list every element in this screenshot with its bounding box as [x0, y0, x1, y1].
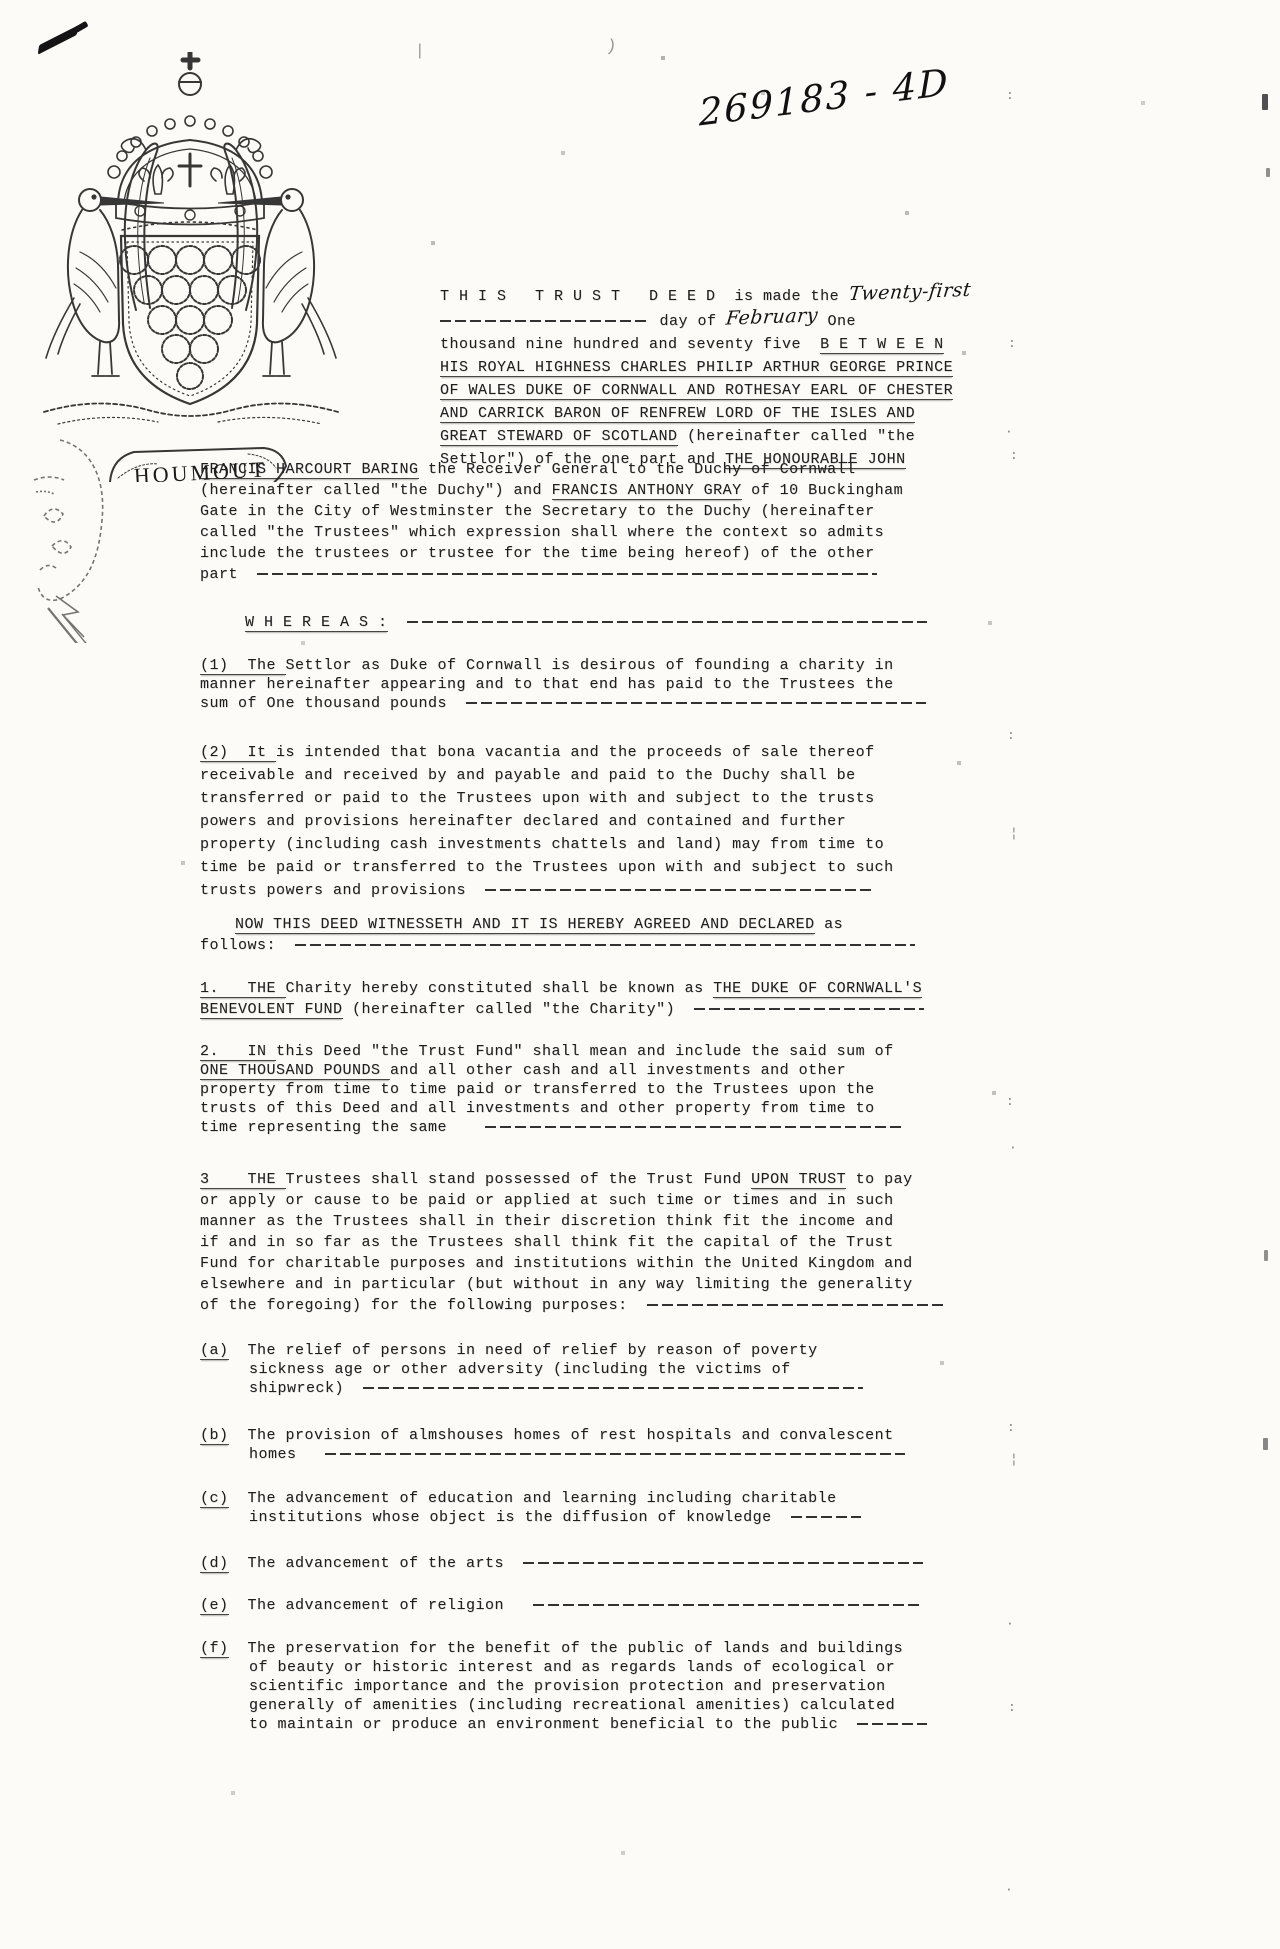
text-line: shipwreck): [249, 1379, 863, 1398]
scan-artifact: :: [1006, 1094, 1014, 1109]
purpose-f: (f) The preservation for the benefit of …: [200, 1639, 927, 1734]
blank-rule: [533, 1604, 923, 1606]
text-line: include the trustees or trustee for the …: [200, 543, 903, 564]
scanned-trust-deed-page: | ): [0, 0, 1280, 1949]
handwritten-word: February: [725, 304, 819, 329]
underlined-text: THE DUKE OF CORNWALL'S: [713, 980, 922, 998]
text-segment: (hereinafter called "the Charity"): [343, 1001, 695, 1018]
text-segment: if and in so far as the Trustees shall t…: [200, 1234, 894, 1251]
text-line: institutions whose object is the diffusi…: [249, 1508, 861, 1527]
underlined-text: UPON TRUST: [751, 1171, 846, 1189]
text-segment: [388, 614, 407, 631]
scan-artifact: :: [1007, 1420, 1015, 1435]
text-segment: of 10 Buckingham: [742, 482, 904, 499]
underlined-text: HIS ROYAL HIGHNESS CHARLES PHILIP ARTHUR…: [440, 359, 953, 377]
text-segment: property from time to time paid or trans…: [200, 1081, 875, 1098]
text-segment: Charity hereby constituted shall be know…: [286, 980, 714, 997]
text-line: time representing the same: [200, 1118, 905, 1137]
underlined-text: (e): [200, 1597, 229, 1615]
text-segment: (hereinafter called "the: [678, 428, 916, 445]
text-segment: manner hereinafter appearing and to that…: [200, 676, 894, 693]
text-line: 2. IN this Deed "the Trust Fund" shall m…: [200, 1042, 905, 1061]
text-segment: and all other cash and all investments a…: [390, 1062, 846, 1079]
text-line: powers and provisions hereinafter declar…: [200, 810, 894, 833]
text-line: 3 THE Trustees shall stand possessed of …: [200, 1169, 947, 1190]
text-line: FRANCIS HARCOURT BARING the Receiver Gen…: [200, 459, 903, 480]
text-segment: of beauty or historic interest and as re…: [249, 1659, 895, 1676]
text-segment: transferred or paid to the Trustees upon…: [200, 790, 875, 807]
text-line: (2) It is intended that bona vacantia an…: [200, 741, 894, 764]
text-line: (e) The advancement of religion: [200, 1596, 923, 1615]
text-line: HIS ROYAL HIGHNESS CHARLES PHILIP ARTHUR…: [440, 356, 971, 379]
scan-artifact: [1266, 168, 1270, 177]
witnesseth-paragraph: NOW THIS DEED WITNESSETH AND IT IS HEREB…: [200, 914, 915, 956]
underlined-text: AND CARRICK BARON OF RENFREW LORD OF THE…: [440, 405, 915, 423]
clause-3: 3 THE Trustees shall stand possessed of …: [200, 1169, 947, 1316]
text-segment: elsewhere and in particular (but without…: [200, 1276, 913, 1293]
text-line: GREAT STEWARD OF SCOTLAND (hereinafter c…: [440, 425, 971, 448]
scan-artifact: ·: [1005, 424, 1013, 439]
text-segment: the Receiver General to the Duchy of Cor…: [419, 461, 856, 478]
blank-rule: [407, 621, 927, 623]
text-segment: institutions whose object is the diffusi…: [249, 1509, 791, 1526]
purpose-d: (d) The advancement of the arts: [200, 1554, 923, 1573]
text-segment: trusts powers and provisions: [200, 882, 485, 899]
underlined-text: 2. IN: [200, 1043, 276, 1061]
scan-artifact: :: [1008, 336, 1016, 351]
scan-artifact: ¦: [1010, 826, 1018, 841]
text-line: W H E R E A S :: [245, 612, 927, 633]
text-segment: property (including cash investments cha…: [200, 836, 884, 853]
text-line: property from time to time paid or trans…: [200, 1080, 905, 1099]
text-segment: Gate in the City of Westminster the Secr…: [200, 503, 875, 520]
text-segment: follows:: [200, 937, 295, 954]
ink-smudge: [38, 25, 79, 55]
scan-artifact: ·: [1006, 1616, 1014, 1631]
text-segment: homes: [249, 1446, 325, 1463]
underlined-text: BENEVOLENT FUND: [200, 1001, 343, 1019]
blank-rule: [485, 1126, 905, 1128]
text-segment: generally of amenities (including recrea…: [249, 1697, 895, 1714]
text-segment: or apply or cause to be paid or applied …: [200, 1192, 894, 1209]
text-segment: Fund for charitable purposes and institu…: [200, 1255, 913, 1272]
opening-clause: T H I S T R U S T D E E D is made the Tw…: [440, 283, 971, 471]
text-line: Gate in the City of Westminster the Secr…: [200, 501, 903, 522]
blank-rule: [857, 1723, 927, 1725]
text-line: manner hereinafter appearing and to that…: [200, 675, 926, 694]
text-segment: The advancement of education and learnin…: [229, 1490, 837, 1507]
blank-rule: [440, 320, 650, 322]
text-line: ONE THOUSAND POUNDS and all other cash a…: [200, 1061, 905, 1080]
text-line: (c) The advancement of education and lea…: [200, 1489, 861, 1508]
clause-1: 1. THE Charity hereby constituted shall …: [200, 978, 924, 1020]
text-line: generally of amenities (including recrea…: [249, 1696, 927, 1715]
blank-rule: [523, 1562, 923, 1564]
text-line: or apply or cause to be paid or applied …: [200, 1190, 947, 1211]
blank-rule: [485, 889, 875, 891]
scan-artifact: ¦: [1010, 1452, 1018, 1467]
text-segment: scientific importance and the provision …: [249, 1678, 886, 1695]
text-segment: include the trustees or trustee for the …: [200, 545, 875, 562]
text-line: trusts of this Deed and all investments …: [200, 1099, 905, 1118]
underlined-text: (2) It: [200, 744, 276, 762]
underlined-text: OF WALES DUKE OF CORNWALL AND ROTHESAY E…: [440, 382, 953, 400]
text-line: AND CARRICK BARON OF RENFREW LORD OF THE…: [440, 402, 971, 425]
text-segment: called "the Trustees" which expression s…: [200, 524, 884, 541]
underlined-text: FRANCIS ANTHONY GRAY: [552, 482, 742, 500]
text-line: if and in so far as the Trustees shall t…: [200, 1232, 947, 1253]
text-segment: of the foregoing) for the following purp…: [200, 1297, 647, 1314]
blank-rule: [257, 573, 877, 575]
text-line: receivable and received by and payable a…: [200, 764, 894, 787]
scan-artifact: [1262, 94, 1268, 110]
text-line: day of February One: [440, 308, 971, 333]
text-segment: to pay: [846, 1171, 913, 1188]
text-segment: Settlor as Duke of Cornwall is desirous …: [286, 657, 894, 674]
text-segment: day of: [650, 313, 726, 330]
text-segment: manner as the Trustees shall in their di…: [200, 1213, 894, 1230]
text-segment: this Deed "the Trust Fund" shall mean an…: [276, 1043, 894, 1060]
text-line: transferred or paid to the Trustees upon…: [200, 787, 894, 810]
text-segment: sickness age or other adversity (includi…: [249, 1361, 791, 1378]
text-line: (1) The Settlor as Duke of Cornwall is d…: [200, 656, 926, 675]
text-segment: The advancement of religion: [229, 1597, 533, 1614]
underlined-text: B E T W E E N: [820, 336, 944, 354]
scan-artifact: ·: [1005, 1882, 1013, 1897]
cross-icon: [183, 53, 198, 68]
scan-artifact: :: [1007, 728, 1015, 743]
text-segment: thousand nine hundred and seventy five: [440, 336, 820, 353]
text-line: (f) The preservation for the benefit of …: [200, 1639, 927, 1658]
scan-artifact: [1264, 1250, 1268, 1261]
text-line: to maintain or produce an environment be…: [249, 1715, 927, 1734]
blank-rule: [647, 1304, 947, 1306]
recital-1: (1) The Settlor as Duke of Cornwall is d…: [200, 656, 926, 713]
text-line: property (including cash investments cha…: [200, 833, 894, 856]
text-line: follows:: [200, 935, 915, 956]
text-line: (hereinafter called "the Duchy") and FRA…: [200, 480, 903, 501]
text-line: called "the Trustees" which expression s…: [200, 522, 903, 543]
underlined-text: GREAT STEWARD OF SCOTLAND: [440, 428, 678, 446]
underlined-text: (f): [200, 1640, 229, 1658]
scan-artifact: :: [1010, 448, 1018, 463]
text-line: 1. THE Charity hereby constituted shall …: [200, 978, 924, 999]
text-line: manner as the Trustees shall in their di…: [200, 1211, 947, 1232]
text-line: of beauty or historic interest and as re…: [249, 1658, 927, 1677]
blank-rule: [295, 944, 915, 946]
underlined-text: (c): [200, 1490, 229, 1508]
blank-rule: [694, 1008, 924, 1010]
text-line: (a) The relief of persons in need of rel…: [200, 1341, 863, 1360]
blank-rule: [325, 1453, 905, 1455]
purpose-e: (e) The advancement of religion: [200, 1596, 923, 1615]
text-segment: sum of One thousand pounds: [200, 695, 466, 712]
text-line: part: [200, 564, 903, 585]
scan-artifact: [1263, 1438, 1268, 1450]
text-line: elsewhere and in particular (but without…: [200, 1274, 947, 1295]
underlined-text: (1) The: [200, 657, 286, 675]
text-segment: One: [818, 313, 856, 330]
text-line: (b) The provision of almshouses homes of…: [200, 1426, 905, 1445]
handwritten-reference-number: 269183 - 4D: [699, 60, 950, 134]
text-line: T H I S T R U S T D E E D is made the Tw…: [440, 283, 971, 308]
ink-smudge: [73, 21, 88, 33]
scan-artifact: |: [415, 42, 425, 60]
scan-artifact: :: [1008, 1700, 1016, 1715]
text-segment: to maintain or produce an environment be…: [249, 1716, 857, 1733]
handwritten-scribble: [0, 428, 110, 643]
scan-artifact: :: [1006, 88, 1014, 103]
text-line: (d) The advancement of the arts: [200, 1554, 923, 1573]
recital-2: (2) It is intended that bona vacantia an…: [200, 741, 894, 902]
text-line: thousand nine hundred and seventy five B…: [440, 333, 971, 356]
text-segment: The preservation for the benefit of the …: [229, 1640, 904, 1657]
scan-artifact: ·: [1009, 1140, 1017, 1155]
text-segment: Trustees shall stand possessed of the Tr…: [286, 1171, 752, 1188]
text-line: sickness age or other adversity (includi…: [249, 1360, 863, 1379]
coat-of-arms: HOUMOUT: [18, 52, 364, 482]
text-segment: shipwreck): [249, 1380, 363, 1397]
text-segment: time representing the same: [200, 1119, 485, 1136]
text-segment: is made the: [716, 288, 849, 305]
blank-rule: [363, 1387, 863, 1389]
underlined-text: ONE THOUSAND POUNDS: [200, 1062, 390, 1080]
whereas-heading: W H E R E A S :: [245, 612, 927, 633]
purpose-c: (c) The advancement of education and lea…: [200, 1489, 861, 1527]
underlined-text: (b): [200, 1427, 229, 1445]
underlined-text: (d): [200, 1555, 229, 1573]
scan-artifact: ): [604, 37, 617, 57]
text-segment: (hereinafter called "the Duchy") and: [200, 482, 552, 499]
purpose-a: (a) The relief of persons in need of rel…: [200, 1341, 863, 1398]
underlined-text: FRANCIS HARCOURT BARING: [200, 461, 419, 479]
text-line: NOW THIS DEED WITNESSETH AND IT IS HEREB…: [235, 914, 915, 935]
text-segment: The provision of almshouses homes of res…: [229, 1427, 894, 1444]
text-line: of the foregoing) for the following purp…: [200, 1295, 947, 1316]
blank-rule: [466, 702, 926, 704]
text-segment: The advancement of the arts: [229, 1555, 524, 1572]
handwritten-word: Twenty-first: [847, 279, 971, 305]
text-line: homes: [249, 1445, 905, 1464]
parties-paragraph: FRANCIS HARCOURT BARING the Receiver Gen…: [200, 459, 903, 585]
underlined-text: 1. THE: [200, 980, 286, 998]
text-line: OF WALES DUKE OF CORNWALL AND ROTHESAY E…: [440, 379, 971, 402]
text-segment: The relief of persons in need of relief …: [229, 1342, 818, 1359]
underlined-text: (a): [200, 1342, 229, 1360]
text-segment: trusts of this Deed and all investments …: [200, 1100, 875, 1117]
purpose-b: (b) The provision of almshouses homes of…: [200, 1426, 905, 1464]
text-segment: receivable and received by and payable a…: [200, 767, 856, 784]
paper-noise: [0, 0, 2, 2]
text-segment: part: [200, 566, 257, 583]
blank-rule: [791, 1516, 861, 1518]
text-line: time be paid or transferred to the Trust…: [200, 856, 894, 879]
text-line: sum of One thousand pounds: [200, 694, 926, 713]
underlined-text: W H E R E A S :: [245, 614, 388, 632]
text-segment: T H I S T R U S T D E E D: [440, 288, 716, 305]
text-segment: as: [815, 916, 844, 933]
text-segment: powers and provisions hereinafter declar…: [200, 813, 846, 830]
clause-2: 2. IN this Deed "the Trust Fund" shall m…: [200, 1042, 905, 1137]
underlined-text: NOW THIS DEED WITNESSETH AND IT IS HEREB…: [235, 916, 815, 934]
underlined-text: 3 THE: [200, 1171, 286, 1189]
text-segment: is intended that bona vacantia and the p…: [276, 744, 875, 761]
text-line: scientific importance and the provision …: [249, 1677, 927, 1696]
text-line: trusts powers and provisions: [200, 879, 894, 902]
text-line: Fund for charitable purposes and institu…: [200, 1253, 947, 1274]
text-segment: time be paid or transferred to the Trust…: [200, 859, 894, 876]
text-line: BENEVOLENT FUND (hereinafter called "the…: [200, 999, 924, 1020]
